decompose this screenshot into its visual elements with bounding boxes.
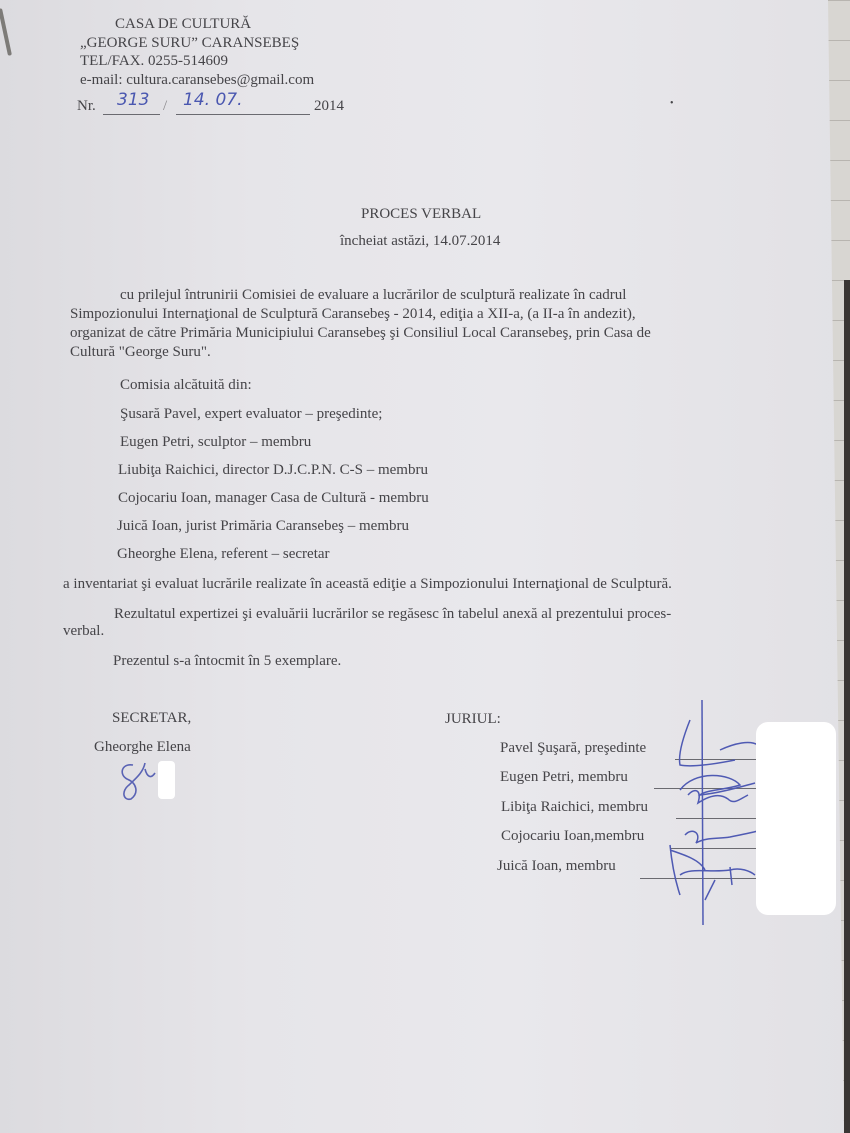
jury-member: Cojocariu Ioan,membru [501,828,644,845]
nr-line [103,114,160,115]
intro-line: cu prilejul întrunirii Comisiei de evalu… [120,287,626,304]
org-email: e-mail: cultura.caransebes@gmail.com [80,72,314,89]
commission-member: Liubiţa Raichici, director D.J.C.P.N. C-… [118,462,428,479]
result-statement-cont: verbal. [63,623,104,640]
separator: / [163,98,167,115]
redaction-box [158,761,175,799]
jury-member: Libiţa Raichici, membru [501,799,648,816]
commission-label: Comisia alcătuită din: [120,377,252,394]
jury-member: Eugen Petri, membru [500,769,628,786]
intro-line: Simpozionului Internaţional de Sculptură… [70,306,636,323]
org-phone: TEL/FAX. 0255-514609 [80,53,228,70]
jury-member: Pavel Şuşară, preşedinte [500,740,646,757]
intro-line: organizat de către Primăria Municipiului… [70,325,651,342]
inventory-statement: a inventariat şi evaluat lucrările reali… [63,576,672,593]
secretary-label: SECRETAR, [112,710,191,727]
document-subtitle: încheiat astăzi, 14.07.2014 [340,233,500,250]
registration-year: 2014 [314,98,344,115]
copies-statement: Prezentul s-a întocmit în 5 exemplare. [113,653,341,670]
commission-member: Juică Ioan, jurist Primăria Caransebeş –… [117,518,409,535]
registration-number: 313 [117,90,149,110]
date-line [176,114,310,115]
redaction-box [756,722,836,915]
org-name-line2: „GEORGE SURU” CARANSEBEŞ [80,35,299,52]
paper-clip [0,8,12,56]
document-page: CASA DE CULTURĂ „GEORGE SURU” CARANSEBEŞ… [0,0,850,1133]
commission-member: Gheorghe Elena, referent – secretar [117,546,330,563]
jury-member: Juică Ioan, membru [497,858,616,875]
document-title: PROCES VERBAL [361,206,481,223]
org-name: CASA DE CULTURĂ [115,16,251,33]
speck: • [670,95,674,112]
commission-member: Eugen Petri, sculptor – membru [120,434,311,451]
registration-date: 14. 07. [183,90,242,110]
jury-signatures [640,695,770,945]
nr-label: Nr. [77,98,96,115]
background-edge [844,280,850,1133]
intro-line: Cultură "George Suru". [70,344,211,361]
commission-member: Şusară Pavel, expert evaluator – preşedi… [120,406,382,423]
commission-member: Cojocariu Ioan, manager Casa de Cultură … [118,490,429,507]
result-statement: Rezultatul expertizei şi evaluării lucră… [114,606,671,623]
jury-label: JURIUL: [445,711,501,728]
secretary-name: Gheorghe Elena [94,739,191,756]
